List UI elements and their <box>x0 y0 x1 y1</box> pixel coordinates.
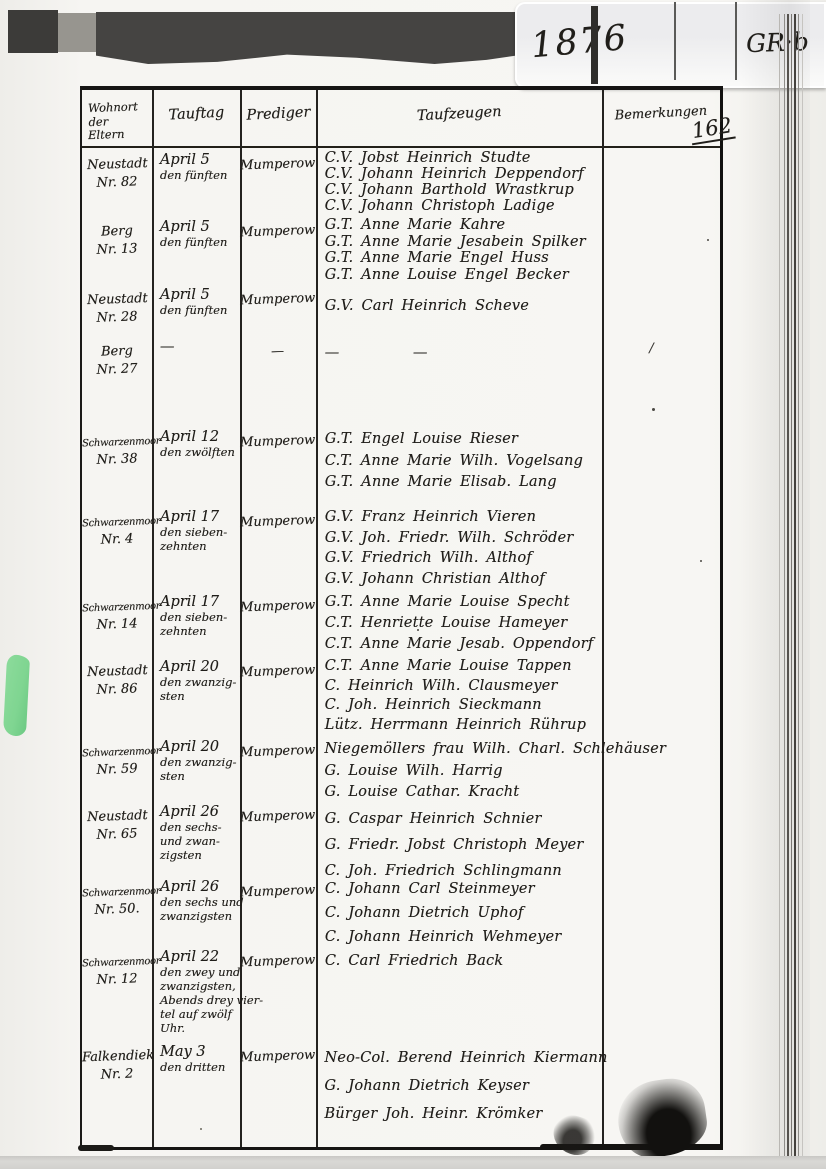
cell-residence: FalkendiekNr. 2 <box>82 1040 152 1152</box>
witness-line: C. Heinrich Wilh. Clausmeyer <box>325 677 602 697</box>
residence-number: Nr. 14 <box>82 616 152 633</box>
residence-place: Schwarzenmoor <box>82 436 161 450</box>
photocopy-dark-band-main <box>96 12 530 64</box>
table-row: NeustadtNr. 28April 5den fünftenMumperow… <box>82 283 720 335</box>
preacher-name: Mumperow <box>240 808 316 826</box>
residence-number: Nr. 4 <box>82 531 152 548</box>
residence-place: Berg <box>101 223 133 239</box>
date-line: sten <box>160 769 240 783</box>
date-line: April 5 <box>160 287 240 303</box>
date-line: den fünften <box>160 235 240 249</box>
cell-residence: SchwarzenmoorNr. 38 <box>82 425 152 505</box>
residence-number: Nr. 38 <box>82 451 152 468</box>
cell-remarks <box>601 283 720 335</box>
witness-line: Lütz. Herrmann Heinrich Rührup <box>325 716 602 736</box>
date-line: April 20 <box>160 659 240 675</box>
year-label: 1876 <box>529 18 629 66</box>
scanned-register-page: 1876 GR·b Wohnort der Eltern Tauftag Pre… <box>0 0 826 1169</box>
date-line: zehnten <box>160 624 240 638</box>
cell-preacher: Mumperow <box>240 875 316 945</box>
cell-preacher: Mumperow <box>240 505 316 590</box>
witness-line: G. Friedr. Jobst Christoph Meyer <box>325 832 602 858</box>
witness-line: G.T. Anne Marie Engel Huss <box>325 250 602 267</box>
cell-baptism-day: April 17den sieben-zehnten <box>152 505 240 590</box>
date-line: May 3 <box>160 1044 240 1060</box>
witness-line: G.V. Carl Heinrich Scheve <box>325 297 602 315</box>
table-row: SchwarzenmoorNr. 59April 20den zwanzig-s… <box>82 735 720 800</box>
date-line: und zwan- <box>160 834 240 848</box>
date-line: den sechs- <box>160 820 240 834</box>
cell-witnesses: C.T. Anne Marie Louise TappenC. Heinrich… <box>316 655 602 735</box>
baptism-register-table: Wohnort der Eltern Tauftag Prediger Tauf… <box>80 86 723 1150</box>
cell-baptism-day: April 5den fünften <box>152 215 240 283</box>
preacher-name: Mumperow <box>240 953 316 971</box>
cell-preacher: Mumperow <box>240 735 316 800</box>
cell-residence: SchwarzenmoorNr. 14 <box>82 590 152 655</box>
table-rows: NeustadtNr. 82April 5den fünftenMumperow… <box>82 148 720 1152</box>
cell-baptism-day: April 26den sechs undzwanzigsten <box>152 875 240 945</box>
label-divider-line <box>674 2 676 80</box>
preacher-name: Mumperow <box>240 513 316 531</box>
date-line: zwanzigsten, <box>160 979 240 993</box>
witness-line: C. Johann Carl Steinmeyer <box>325 877 601 901</box>
header-residence: Wohnort der Eltern <box>82 90 152 146</box>
cell-baptism-day: April 17den sieben-zehnten <box>152 590 240 655</box>
table-header-row: Wohnort der Eltern Tauftag Prediger Tauf… <box>82 90 720 148</box>
preacher-name: Mumperow <box>240 291 316 309</box>
header-preacher: Prediger <box>240 90 316 146</box>
cell-remarks <box>601 425 720 505</box>
preacher-name: Mumperow <box>240 433 316 451</box>
cell-baptism-day: April 20den zwanzig-sten <box>152 655 240 735</box>
date-line: zwanzigsten <box>160 909 240 923</box>
witness-line: G.T. Anne Marie Jesabein Spilker <box>325 234 602 251</box>
date-line: April 26 <box>160 804 240 820</box>
witness-line: G. Johann Dietrich Keyser <box>324 1072 601 1100</box>
residence-number: Nr. 82 <box>82 174 152 191</box>
cell-preacher: Mumperow <box>240 283 316 335</box>
witness-line: C.T. Anne Marie Wilh. Vogelsang <box>325 451 602 473</box>
table-row: SchwarzenmoorNr. 14April 17den sieben-ze… <box>82 590 720 655</box>
date-line: April 17 <box>160 509 240 525</box>
preacher-name: Mumperow <box>240 743 316 761</box>
cell-preacher: Mumperow <box>240 945 316 1040</box>
residence-place: Neustadt <box>86 663 147 680</box>
table-row: NeustadtNr. 82April 5den fünftenMumperow… <box>82 148 720 215</box>
witness-line: G.V. Joh. Friedr. Wilh. Schröder <box>325 528 602 549</box>
residence-place: Schwarzenmoor <box>82 601 161 615</box>
ink-smudge <box>78 1145 114 1151</box>
page-edge-shadow <box>740 0 810 1169</box>
preacher-name: Mumperow <box>240 156 316 174</box>
date-line: April 5 <box>160 219 240 235</box>
cell-witnesses: — — <box>316 335 602 425</box>
cell-baptism-day: April 26den sechs-und zwan-zigsten <box>152 800 240 875</box>
table-row: NeustadtNr. 65April 26den sechs-und zwan… <box>82 800 720 875</box>
date-line: April 17 <box>160 594 240 610</box>
cell-baptism-day: — <box>152 335 240 425</box>
cell-remarks: ∕ <box>601 335 720 425</box>
date-line: Uhr. <box>160 1021 240 1035</box>
cell-witnesses: C. Carl Friedrich Back <box>316 945 601 1040</box>
witness-line: G.V. Johann Christian Althof <box>325 569 602 590</box>
cell-witnesses: G.T. Anne Marie KahreG.T. Anne Marie Jes… <box>316 215 602 283</box>
residence-place: Falkendiek <box>82 1048 155 1066</box>
cell-baptism-day: May 3den dritten <box>152 1040 240 1152</box>
date-line: den sechs und <box>160 895 240 909</box>
date-line: den fünften <box>160 168 240 182</box>
residence-place: Schwarzenmoor <box>82 956 161 970</box>
cell-preacher: Mumperow <box>240 148 316 215</box>
cell-residence: SchwarzenmoorNr. 59 <box>82 735 152 800</box>
preacher-name: — <box>271 344 285 359</box>
witness-line: C.V. Johann Heinrich Deppendorf <box>325 166 602 182</box>
witness-line: Neo-Col. Berend Heinrich Kiermann <box>324 1044 601 1072</box>
witness-line: C.V. Jobst Heinrich Studte <box>325 150 602 166</box>
witness-line: C. Johann Dietrich Uphof <box>325 901 601 925</box>
witness-line: Niegemöllers frau Wilh. Charl. Schlehäus… <box>324 739 601 761</box>
cell-remarks <box>601 148 720 215</box>
residence-number: Nr. 65 <box>82 826 152 843</box>
date-line: tel auf zwölf <box>160 1007 240 1021</box>
date-line: zigsten <box>160 848 240 862</box>
residence-place: Schwarzenmoor <box>82 746 161 760</box>
table-row: SchwarzenmoorNr. 4April 17den sieben-zeh… <box>82 505 720 590</box>
witness-line: G.T. Anne Louise Engel Becker <box>325 267 602 284</box>
witness-line: G.T. Anne Marie Elisab. Lang <box>325 472 602 494</box>
cell-witnesses: G.T. Anne Marie Louise SpechtC.T. Henrie… <box>316 590 602 655</box>
residence-number: Nr. 13 <box>82 241 152 258</box>
date-line: April 20 <box>160 739 240 755</box>
cell-preacher: Mumperow <box>240 655 316 735</box>
cell-preacher: — <box>240 335 316 425</box>
page-number: 162 <box>688 113 736 146</box>
cell-residence: NeustadtNr. 86 <box>82 655 152 735</box>
remark-mark: ∕ <box>649 341 653 356</box>
cell-remarks <box>601 590 720 655</box>
cell-remarks <box>601 735 720 800</box>
preacher-name: Mumperow <box>240 663 316 681</box>
witness-line: C.V. Johann Christoph Ladige <box>325 198 602 214</box>
cell-preacher: Mumperow <box>240 425 316 505</box>
witness-line: C.T. Anne Marie Louise Tappen <box>325 657 602 677</box>
table-row: SchwarzenmoorNr. 50.April 26den sechs un… <box>82 875 720 945</box>
cell-residence: NeustadtNr. 65 <box>82 800 152 875</box>
date-line: zehnten <box>160 539 240 553</box>
cell-witnesses: G.V. Franz Heinrich VierenG.V. Joh. Frie… <box>316 505 602 590</box>
cell-baptism-day: April 5den fünften <box>152 283 240 335</box>
cell-remarks <box>601 215 720 283</box>
table-row: BergNr. 27——— —∕ <box>82 335 720 425</box>
date-line: Abends drey vier- <box>160 993 240 1007</box>
residence-place: Schwarzenmoor <box>82 886 161 900</box>
witness-line: C.V. Johann Barthold Wrastkrup <box>325 182 602 198</box>
witness-line: C.T. Anne Marie Jesab. Oppendorf <box>325 634 602 655</box>
scanner-background-strip <box>0 1156 826 1169</box>
witness-line: G. Caspar Heinrich Schnier <box>325 806 602 832</box>
cell-preacher: Mumperow <box>240 1040 316 1152</box>
cell-witnesses: C. Johann Carl SteinmeyerC. Johann Dietr… <box>316 875 601 945</box>
table-row: SchwarzenmoorNr. 12April 22den zwey undz… <box>82 945 720 1040</box>
cell-remarks <box>601 875 720 945</box>
cell-baptism-day: April 12den zwölften <box>152 425 240 505</box>
preacher-name: Mumperow <box>240 223 316 241</box>
cell-witnesses: G.V. Carl Heinrich Scheve <box>316 283 602 335</box>
photocopy-gray-patch <box>58 13 96 52</box>
table-row: NeustadtNr. 86April 20den zwanzig-stenMu… <box>82 655 720 735</box>
header-witnesses: Taufzeugen <box>316 90 602 146</box>
witness-line: C.T. Henriette Louise Hameyer <box>325 613 602 634</box>
residence-place: Neustadt <box>86 808 147 825</box>
witness-line: C. Joh. Heinrich Sieckmann <box>325 696 602 716</box>
date-line: den sieben- <box>160 610 240 624</box>
photocopy-dark-band-left <box>8 10 58 53</box>
date-line: April 22 <box>160 949 240 965</box>
cell-witnesses: Niegemöllers frau Wilh. Charl. Schlehäus… <box>315 735 601 800</box>
witness-line: G.T. Anne Marie Kahre <box>325 217 602 234</box>
date-line: den zwey und <box>160 965 240 979</box>
date-line: den fünften <box>160 303 240 317</box>
header-baptism-day: Tauftag <box>152 90 240 146</box>
cell-residence: BergNr. 27 <box>82 335 152 425</box>
witness-line: C. Carl Friedrich Back <box>325 951 601 971</box>
cell-residence: BergNr. 13 <box>82 215 152 283</box>
ink-speck <box>417 629 419 631</box>
table-row: BergNr. 13April 5den fünftenMumperowG.T.… <box>82 215 720 283</box>
witness-line: G. Louise Wilh. Harrig <box>324 761 601 783</box>
date-line: den zwanzig- <box>160 755 240 769</box>
residence-place: Neustadt <box>86 291 147 308</box>
cell-witnesses: C.V. Jobst Heinrich StudteC.V. Johann He… <box>316 148 602 215</box>
ink-speck <box>700 560 702 562</box>
cell-baptism-day: April 22den zwey undzwanzigsten,Abends d… <box>152 945 240 1040</box>
preacher-name: Mumperow <box>240 883 316 901</box>
preacher-name: Mumperow <box>240 1048 316 1066</box>
date-line: April 5 <box>160 152 240 168</box>
label-divider-line <box>735 2 737 80</box>
cell-remarks <box>601 655 720 735</box>
residence-number: Nr. 86 <box>82 681 152 698</box>
cell-residence: NeustadtNr. 28 <box>82 283 152 335</box>
cell-residence: SchwarzenmoorNr. 12 <box>82 945 152 1040</box>
cell-remarks <box>601 505 720 590</box>
label-divider-bar <box>591 6 598 84</box>
table-row: SchwarzenmoorNr. 38April 12den zwölftenM… <box>82 425 720 505</box>
date-line: April 12 <box>160 429 240 445</box>
date-line: April 26 <box>160 879 240 895</box>
residence-place: Neustadt <box>86 156 147 173</box>
cell-witnesses: G. Caspar Heinrich SchnierG. Friedr. Job… <box>316 800 602 875</box>
green-highlight-mark <box>3 654 30 736</box>
date-line: sten <box>160 689 240 703</box>
residence-number: Nr. 28 <box>82 309 152 326</box>
residence-number: Nr. 27 <box>82 361 152 378</box>
cell-witnesses: G.T. Engel Louise RieserC.T. Anne Marie … <box>316 425 602 505</box>
cell-preacher: Mumperow <box>240 215 316 283</box>
residence-number: Nr. 12 <box>82 971 152 988</box>
ink-speck <box>200 1128 202 1130</box>
date-line: den zwanzig- <box>160 675 240 689</box>
cell-baptism-day: April 5den fünften <box>152 148 240 215</box>
witness-line: — — <box>325 343 602 363</box>
cell-preacher: Mumperow <box>240 590 316 655</box>
cell-residence: NeustadtNr. 82 <box>82 148 152 215</box>
residence-place: Berg <box>101 343 133 359</box>
preacher-name: Mumperow <box>240 598 316 616</box>
date-line: den zwölften <box>160 445 240 459</box>
cell-remarks <box>601 945 720 1040</box>
cell-residence: SchwarzenmoorNr. 50. <box>82 875 152 945</box>
date-line: — <box>160 339 240 355</box>
ink-speck <box>707 239 709 241</box>
witness-line: G.V. Friedrich Wilh. Althof <box>325 548 602 569</box>
cell-baptism-day: April 20den zwanzig-sten <box>152 735 240 800</box>
witness-line: G.T. Engel Louise Rieser <box>325 429 602 451</box>
cell-remarks <box>601 800 720 875</box>
cell-preacher: Mumperow <box>240 800 316 875</box>
ink-speck <box>345 476 347 478</box>
residence-number: Nr. 50. <box>82 901 152 918</box>
witness-line: G.V. Franz Heinrich Vieren <box>325 507 602 528</box>
cell-residence: SchwarzenmoorNr. 4 <box>82 505 152 590</box>
ink-speck <box>652 408 655 411</box>
residence-number: Nr. 59 <box>82 761 152 778</box>
witness-line: G.T. Anne Marie Louise Specht <box>325 592 602 613</box>
residence-place: Schwarzenmoor <box>82 516 161 530</box>
date-line: den dritten <box>160 1060 240 1074</box>
residence-number: Nr. 2 <box>82 1066 152 1083</box>
date-line: den sieben- <box>160 525 240 539</box>
